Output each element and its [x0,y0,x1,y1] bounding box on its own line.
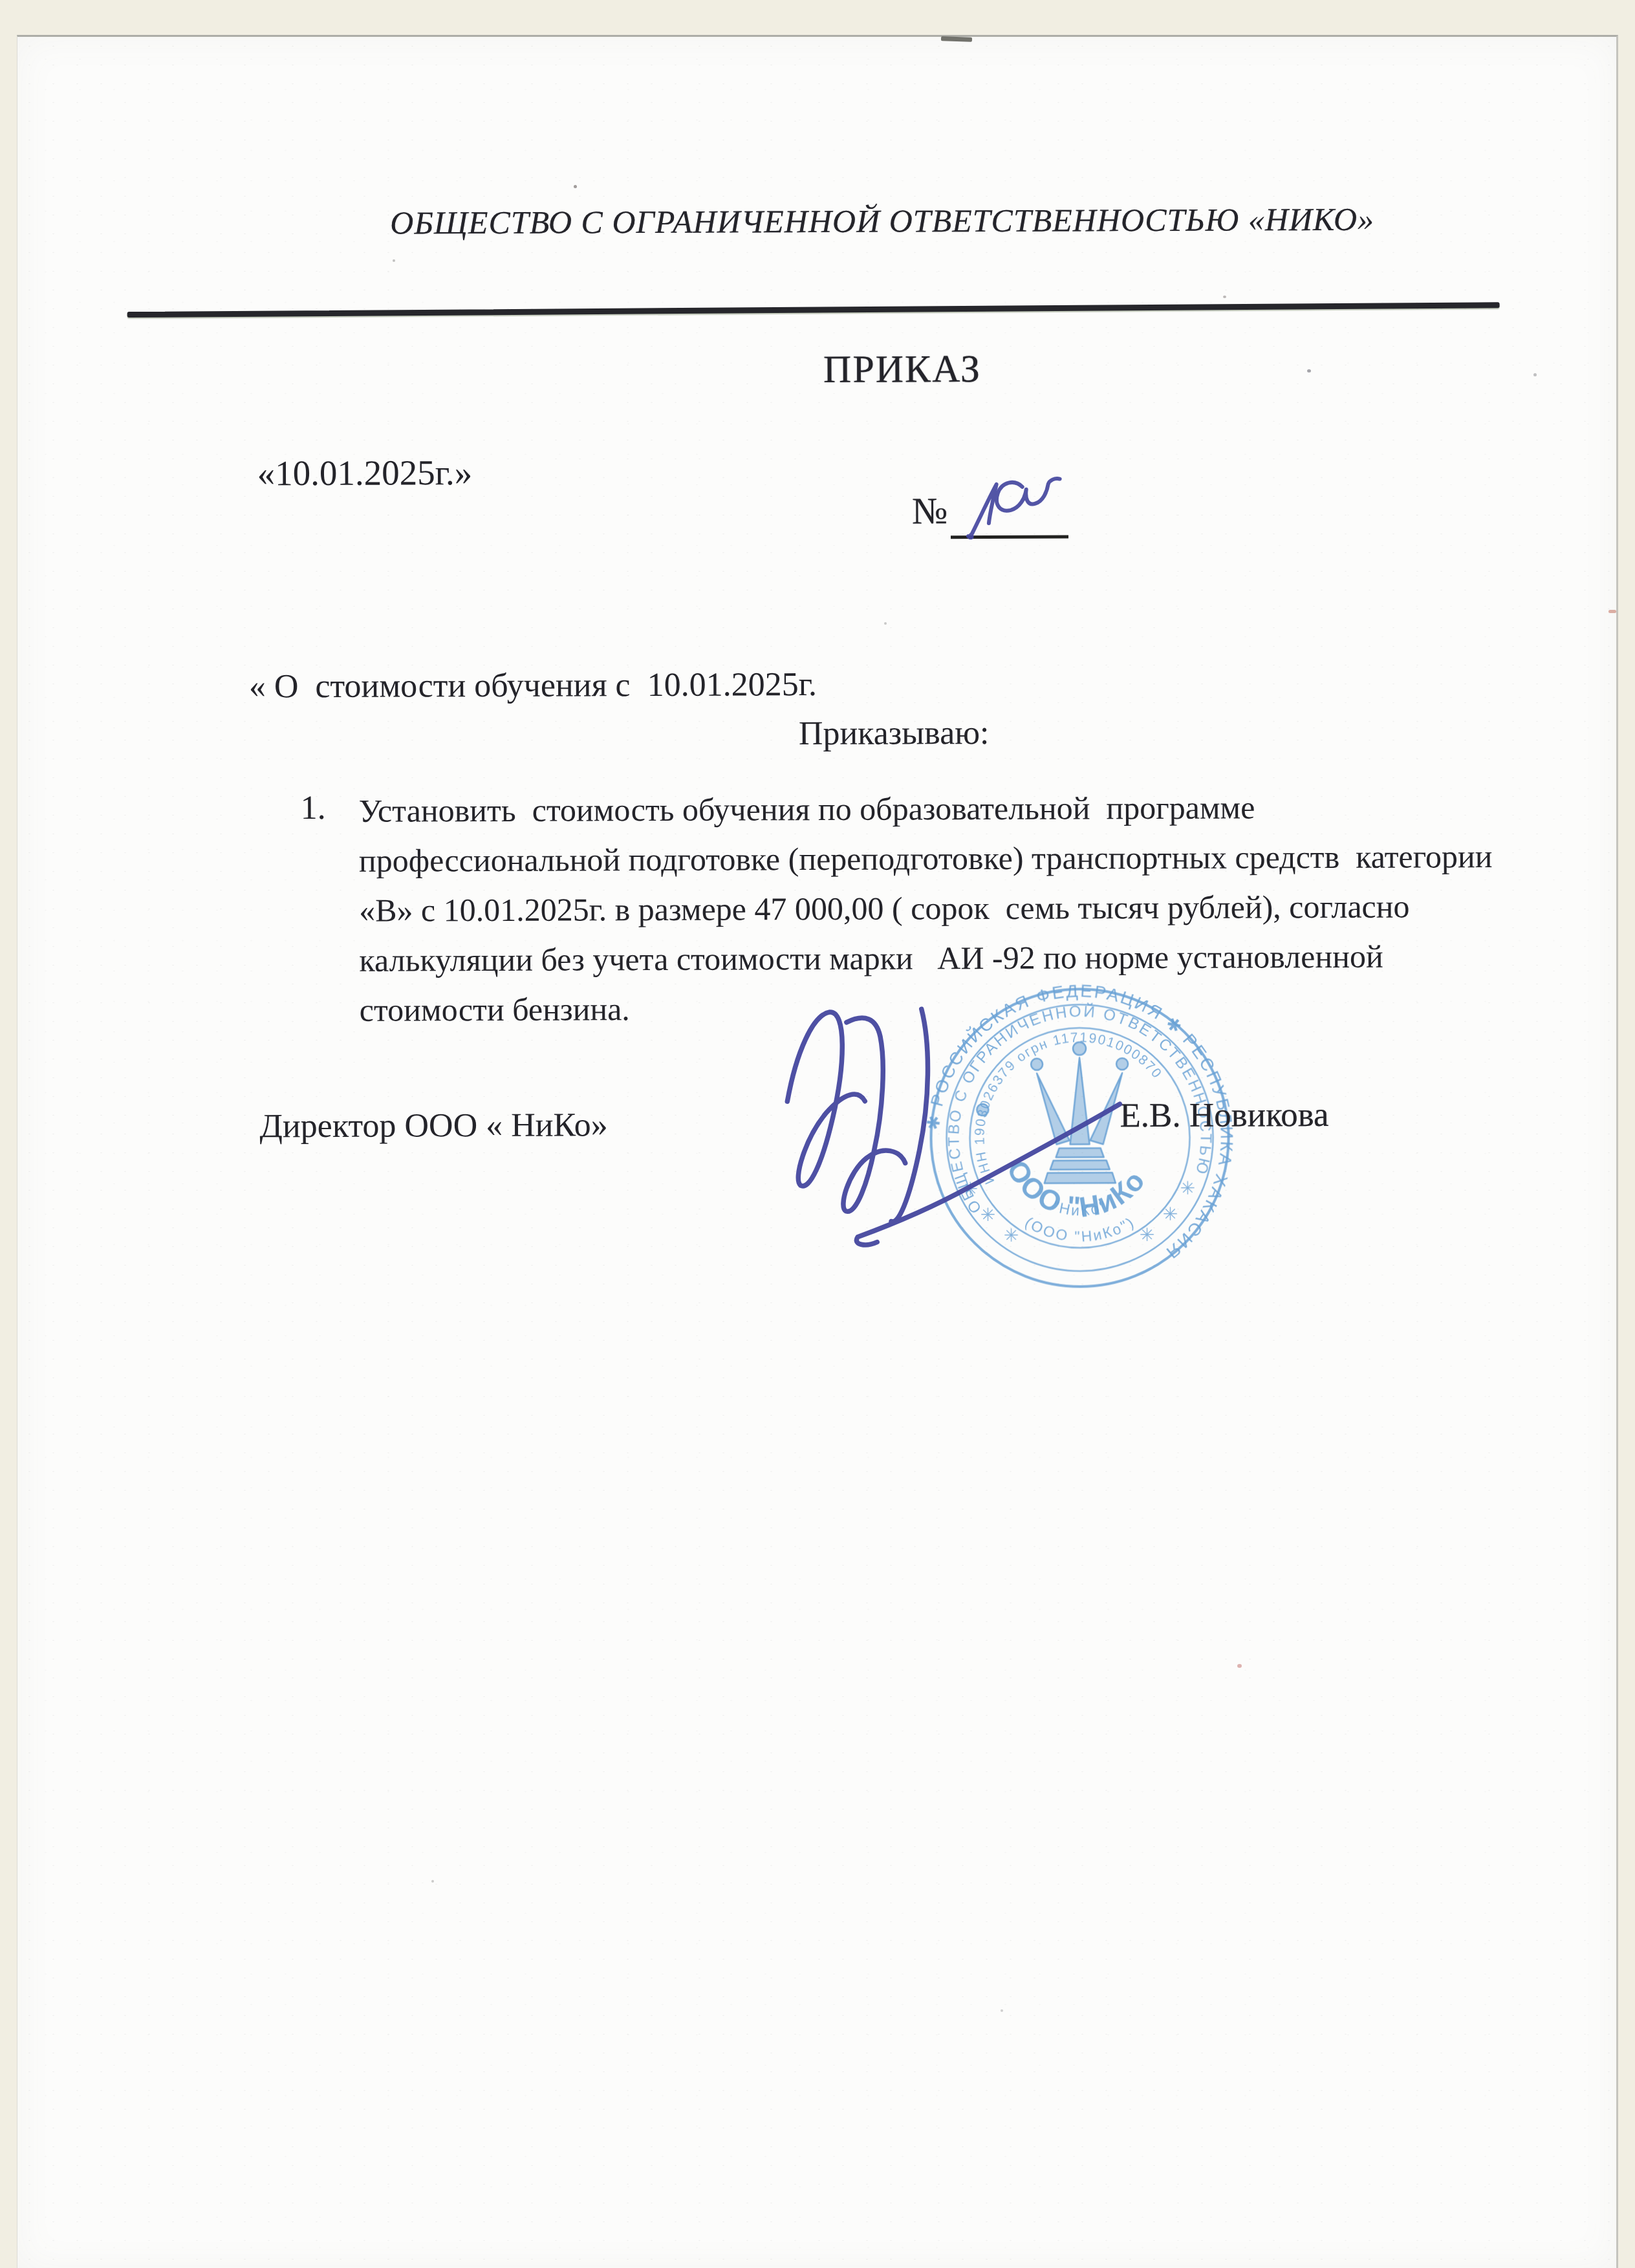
document-title: ПРИКАЗ [236,345,1568,394]
handwritten-digit-stroke [968,484,997,537]
svg-text:✳: ✳ [1163,1204,1180,1224]
order-item-line: профессиональной подготовке (переподгото… [359,832,1493,886]
handwritten-document-number [958,466,1094,550]
document-number-label: № [912,489,948,532]
director-position-label: Директор ООО « НиКо» [259,1106,607,1145]
handwritten-letter-stroke [997,479,1060,511]
document-content: ОБЩЕСТВО С ОГРАНИЧЕННОЙ ОТВЕТСТВЕННОСТЬЮ… [15,34,1622,2268]
order-item-line: «В» с 10.01.2025г. в размере 47 000,00 (… [359,881,1493,936]
scanned-document: { "page": { "org_name": "ОБЩЕСТВО С ОГРА… [0,0,1635,2268]
svg-text:✳: ✳ [1180,1178,1198,1198]
director-signature [750,973,1165,1266]
subject-line: « О стоимости обучения с 10.01.2025г. [249,665,817,706]
header-divider-line [127,302,1500,318]
order-item-line: Установить стоимость обучения по образов… [358,782,1492,836]
paper-sheet: ОБЩЕСТВО С ОГРАНИЧЕННОЙ ОТВЕТСТВЕННОСТЬЮ… [17,35,1618,2268]
list-item-number: 1. [300,789,325,827]
resolution-word: Приказываю: [237,712,1550,755]
document-date: «10.01.2025г.» [257,452,472,493]
organization-name: ОБЩЕСТВО С ОГРАНИЧЕННОЙ ОТВЕТСТВЕННОСТЬЮ… [235,200,1529,243]
